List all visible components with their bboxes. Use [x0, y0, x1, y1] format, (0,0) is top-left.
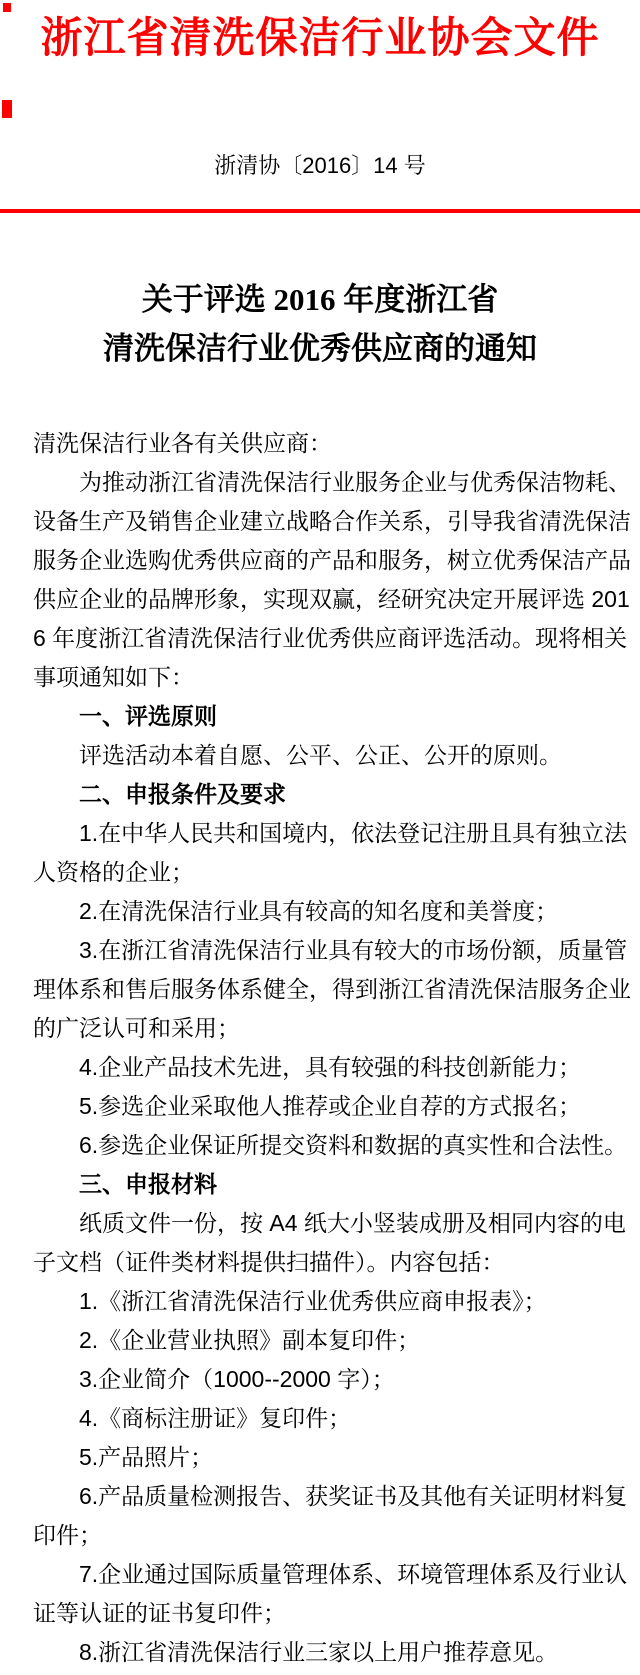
red-divider-line [0, 209, 640, 213]
body-line: 7.企业通过国际质量管理体系、环境管理体系及行业认 [33, 1555, 610, 1594]
body-line: 的广泛认可和采用； [33, 1009, 610, 1048]
body-line: 1.在中华人民共和国境内，依法登记注册且具有独立法 [33, 814, 610, 853]
body-line: 清洗保洁行业各有关供应商： [33, 424, 610, 463]
body-line: 6.产品质量检测报告、获奖证书及其他有关证明材料复 [33, 1477, 610, 1516]
red-artifact-dot-top-left [3, 3, 11, 12]
notice-title-line-2: 清洗保洁行业优秀供应商的通知 [0, 324, 640, 373]
red-artifact-block-left [2, 100, 12, 118]
body-line: 纸质文件一份，按 A4 纸大小竖装成册及相同内容的电 [33, 1204, 610, 1243]
body-line: 2.在清洗保洁行业具有较高的知名度和美誉度； [33, 892, 610, 931]
body-line: 人资格的企业； [33, 853, 610, 892]
body-line: 6 年度浙江省清洗保洁行业优秀供应商评选活动。现将相关 [33, 619, 610, 658]
body-line: 6.参选企业保证所提交资料和数据的真实性和合法性。 [33, 1126, 610, 1165]
body-line: 事项通知如下： [33, 658, 610, 697]
section-heading: 二、申报条件及要求 [33, 775, 610, 814]
body-line: 1.《浙江省清洗保洁行业优秀供应商申报表》； [33, 1282, 610, 1321]
association-document-masthead: 浙江省清洗保洁行业协会文件 [0, 12, 640, 66]
body-line: 4.《商标注册证》复印件； [33, 1399, 610, 1438]
body-line: 2.《企业营业执照》副本复印件； [33, 1321, 610, 1360]
body-line: 3.企业简介（1000--2000 字）； [33, 1360, 610, 1399]
body-line: 理体系和售后服务体系健全，得到浙江省清洗保洁服务企业 [33, 970, 610, 1009]
body-line: 3.在浙江省清洗保洁行业具有较大的市场份额，质量管 [33, 931, 610, 970]
body-line: 8.浙江省清洗保洁行业三家以上用户推荐意见。 [33, 1633, 610, 1672]
body-line: 5.产品照片； [33, 1438, 610, 1477]
notice-title-line-1: 关于评选 2016 年度浙江省 [0, 275, 640, 324]
notice-title: 关于评选 2016 年度浙江省 清洗保洁行业优秀供应商的通知 [0, 275, 640, 373]
official-document-page: 浙江省清洗保洁行业协会文件 浙清协〔2016〕14 号 关于评选 2016 年度… [0, 0, 640, 1675]
body-line: 5.参选企业采取他人推荐或企业自荐的方式报名； [33, 1087, 610, 1126]
body-line: 评选活动本着自愿、公平、公正、公开的原则。 [33, 736, 610, 775]
document-body: 清洗保洁行业各有关供应商：为推动浙江省清洗保洁行业服务企业与优秀保洁物耗、设备生… [0, 424, 640, 1672]
section-heading: 一、评选原则 [33, 697, 610, 736]
body-line: 供应企业的品牌形象，实现双赢，经研究决定开展评选 201 [33, 580, 610, 619]
body-line: 证等认证的证书复印件； [33, 1594, 610, 1633]
body-line: 4.企业产品技术先进，具有较强的科技创新能力； [33, 1048, 610, 1087]
document-number: 浙清协〔2016〕14 号 [0, 151, 640, 181]
section-heading: 三、申报材料 [33, 1165, 610, 1204]
body-line: 为推动浙江省清洗保洁行业服务企业与优秀保洁物耗、 [33, 463, 610, 502]
body-line: 设备生产及销售企业建立战略合作关系，引导我省清洗保洁 [33, 502, 610, 541]
body-line: 印件； [33, 1516, 610, 1555]
body-line: 服务企业选购优秀供应商的产品和服务，树立优秀保洁产品 [33, 541, 610, 580]
body-line: 子文档（证件类材料提供扫描件）。内容包括： [33, 1243, 610, 1282]
